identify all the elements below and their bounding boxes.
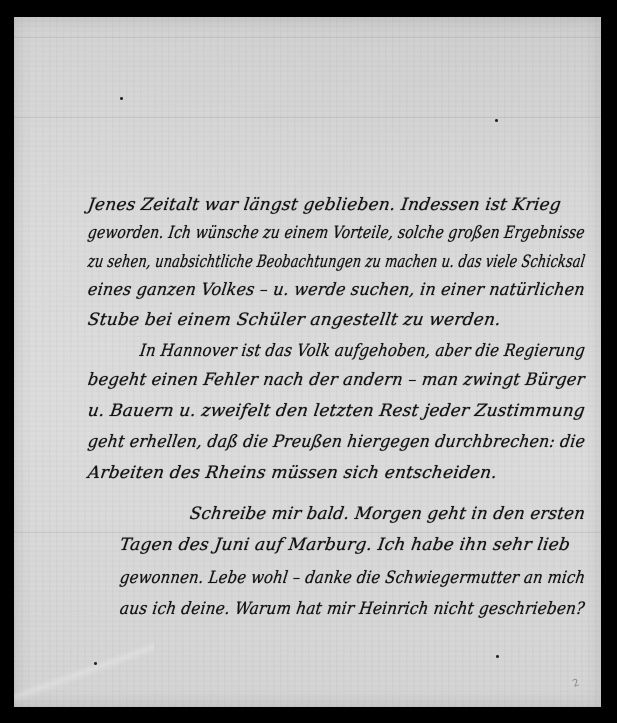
- scanned-page-background: Jenes Zeitalt war längst geblieben. Inde…: [0, 0, 617, 723]
- text-line: Schreibe mir bald. Morgen geht in den er…: [189, 504, 587, 524]
- page-mark: 2: [571, 677, 581, 690]
- text-line: aus ich deine. Warum hat mir Heinrich ni…: [119, 599, 586, 619]
- text-line: Stube bei einem Schüler angestellt zu we…: [87, 310, 503, 330]
- paper-fold-corner: [14, 637, 154, 707]
- text-line: gewonnen. Lebe wohl – danke die Schwiege…: [119, 568, 587, 588]
- ink-speck: [495, 119, 498, 122]
- paper-crease: [14, 117, 601, 118]
- text-line: eines ganzen Volkes – u. werde suchen, i…: [87, 280, 587, 300]
- text-line: geht erhellen, daß die Preußen hiergegen…: [87, 432, 587, 452]
- text-line: geworden. Ich wünsche zu einem Vorteile,…: [87, 223, 586, 243]
- paper-crease: [14, 37, 601, 38]
- ink-speck: [94, 662, 97, 665]
- text-line: Arbeiten des Rheins müssen sich entschei…: [87, 463, 499, 483]
- text-line: begeht einen Fehler nach der andern – ma…: [87, 370, 587, 390]
- text-line: zu sehen, unabsichtliche Beobachtungen z…: [87, 252, 587, 272]
- paper-crease: [14, 532, 601, 533]
- ink-speck: [120, 97, 123, 100]
- letter-sheet: Jenes Zeitalt war längst geblieben. Inde…: [14, 17, 601, 707]
- text-line: In Hannover ist das Volk aufgehoben, abe…: [139, 341, 587, 361]
- text-line: Tagen des Juni auf Marburg. Ich habe ihn…: [119, 535, 572, 555]
- text-line: Jenes Zeitalt war längst geblieben. Inde…: [87, 195, 563, 215]
- text-line: u. Bauern u. zweifelt den letzten Rest j…: [87, 401, 587, 421]
- ink-speck: [496, 655, 499, 658]
